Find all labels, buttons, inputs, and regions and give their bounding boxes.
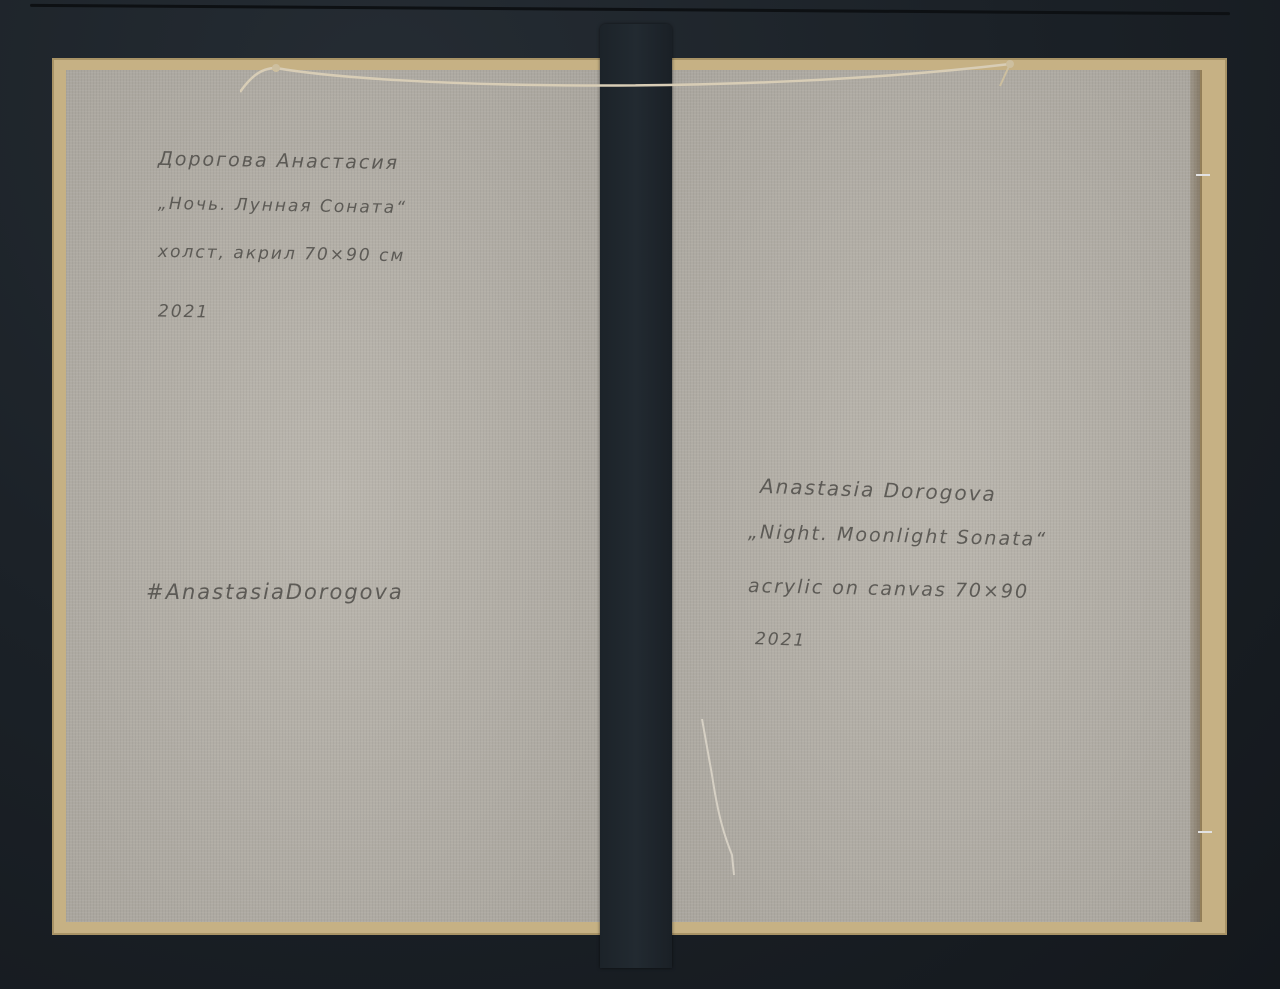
center-crossbar: [600, 24, 672, 968]
hanging-wire-icon: [240, 58, 1020, 98]
inscription-ru-artist: Дорогова Анастасия: [158, 148, 399, 174]
loose-thread-icon: [690, 715, 750, 885]
inscription-ru-medium: холст, акрил 70×90 см: [158, 242, 406, 266]
inscription-ru-year: 2021: [158, 302, 210, 323]
staple: [1198, 831, 1212, 833]
inscription-en-year: 2021: [755, 629, 807, 651]
frame-crack: [30, 4, 1230, 15]
inscription-hashtag: #AnastasiaDorogova: [146, 580, 404, 604]
staple: [1196, 174, 1210, 176]
stretcher-shadow: [1190, 70, 1202, 922]
